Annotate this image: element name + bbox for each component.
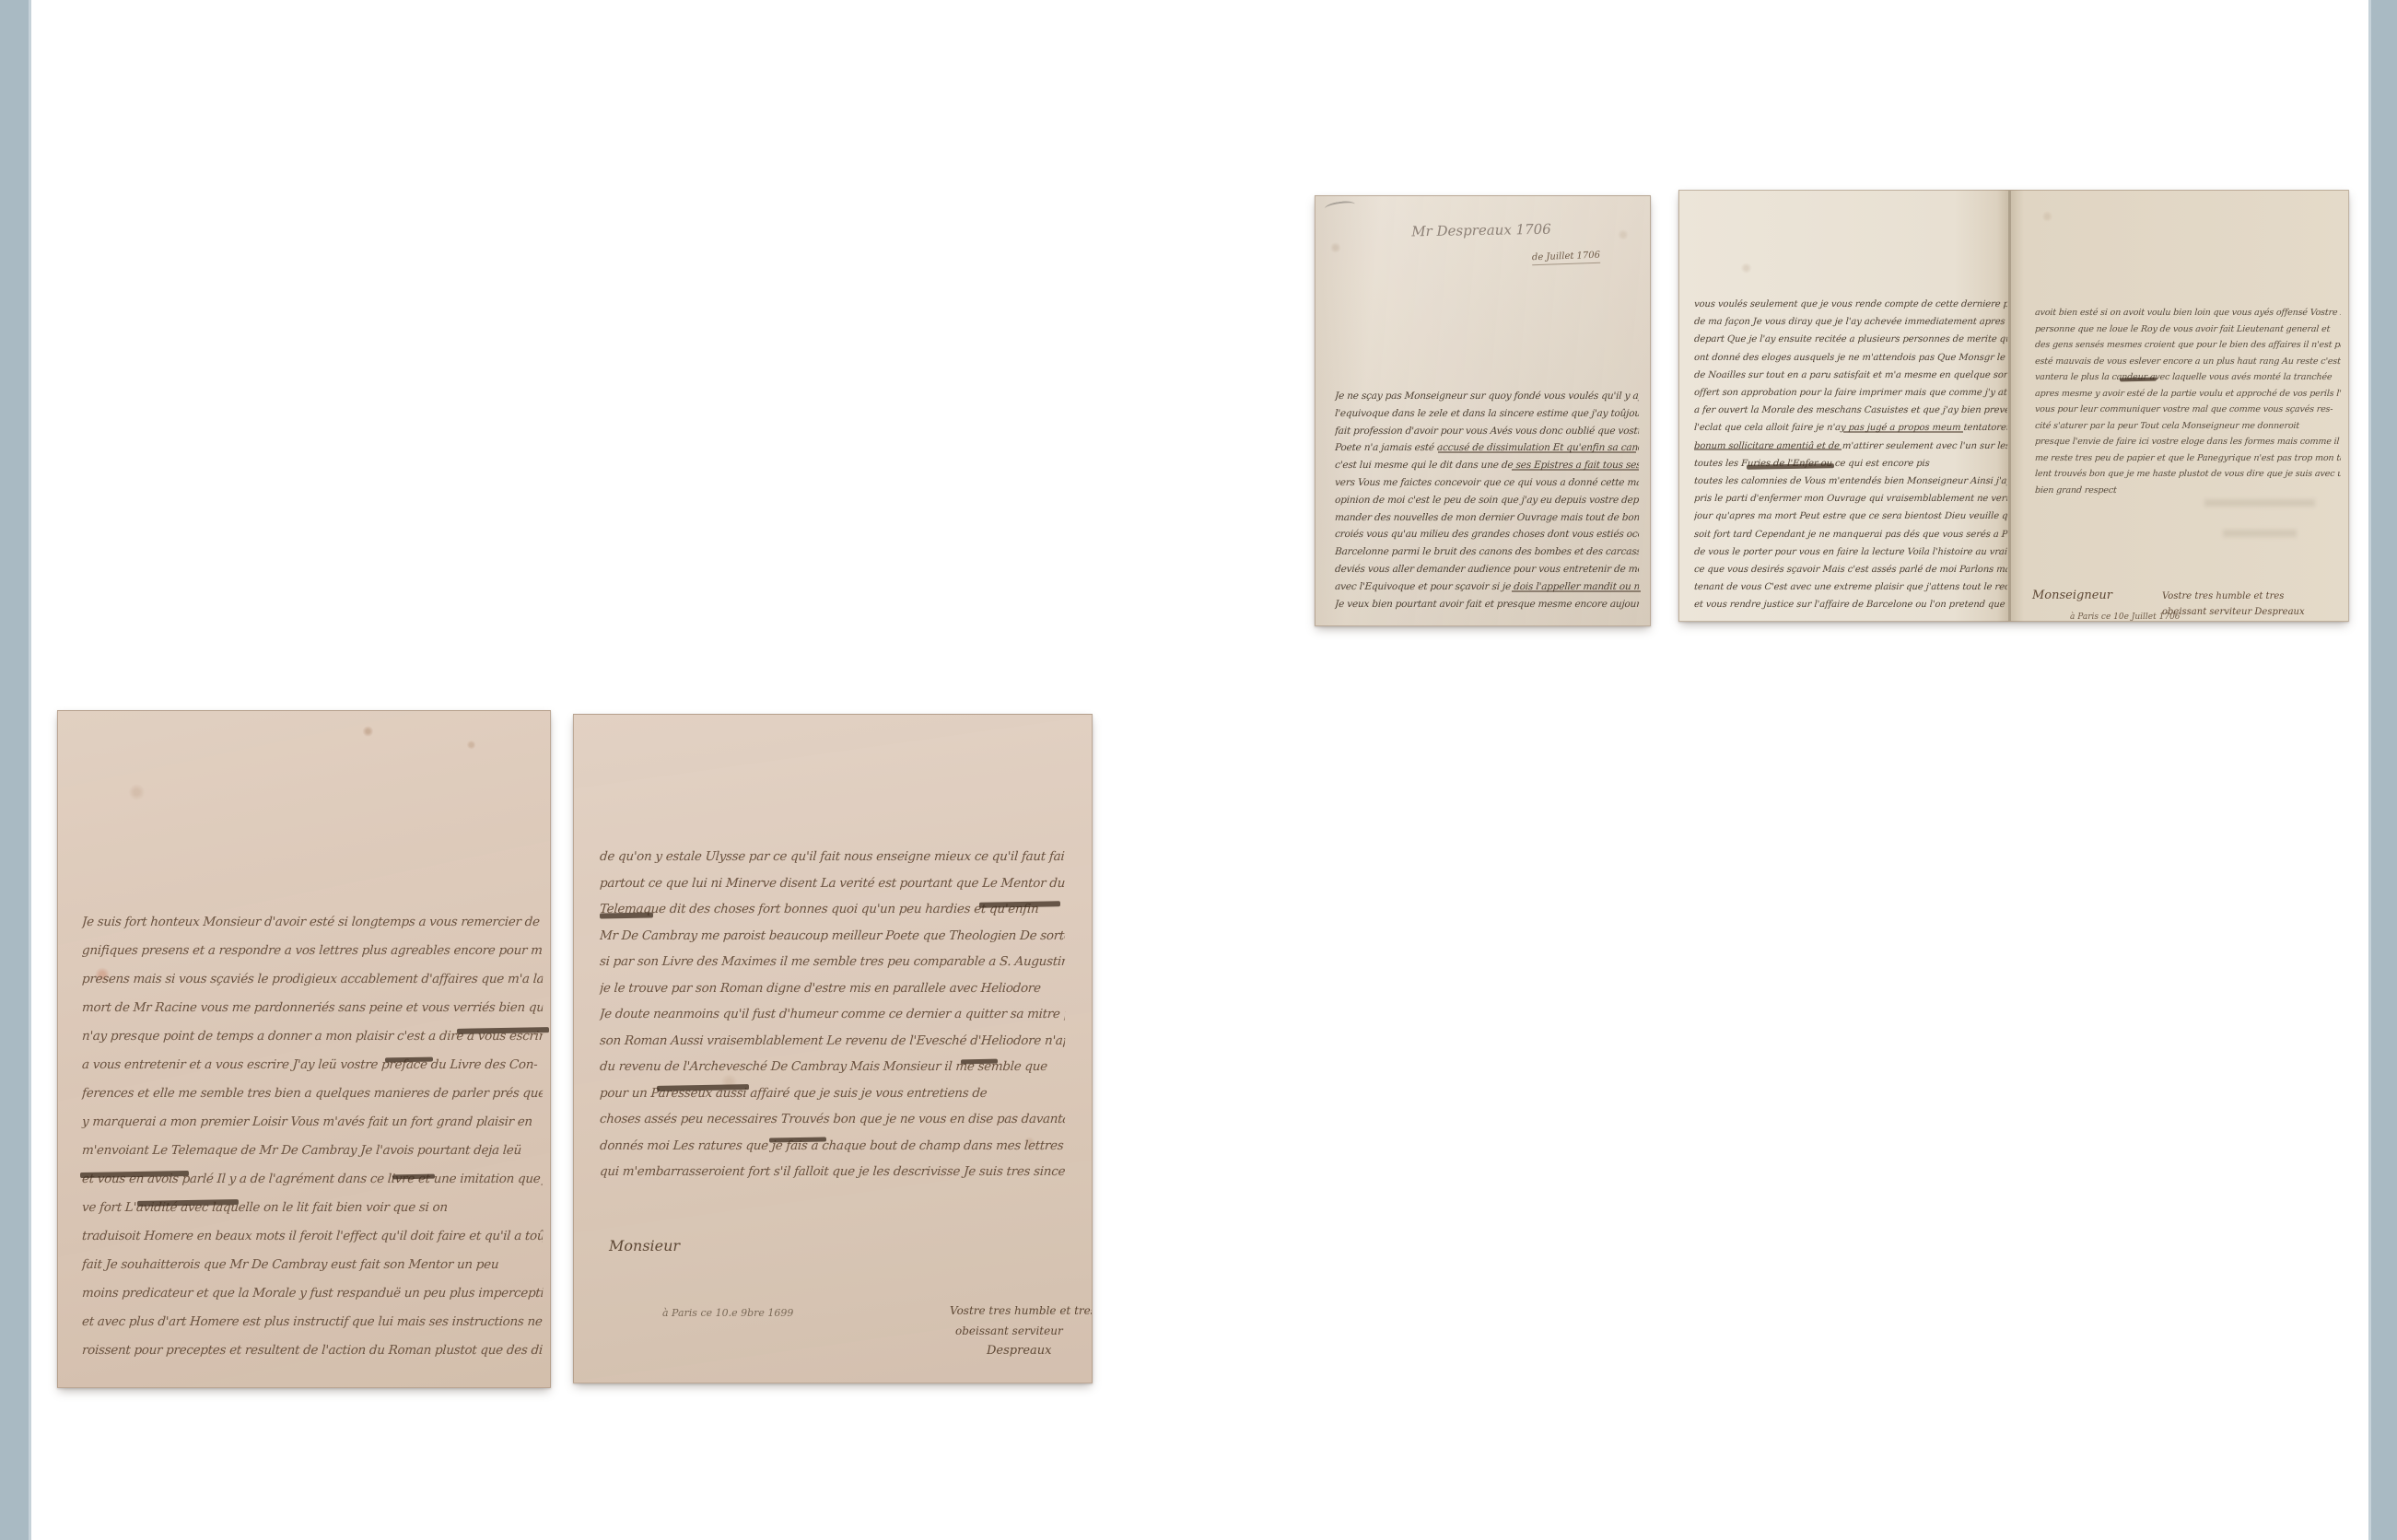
handwritten-line: jour qu'apres ma mort Peut estre que ce … (1693, 507, 2007, 525)
handwritten-line: mort de Mr Racine vous me pardonneriés s… (81, 994, 544, 1022)
signature: Despreaux (950, 1341, 1093, 1361)
handwritten-line: a fer ouvert la Morale des meschans Casu… (1693, 402, 2007, 419)
handwritten-line: gnifiques presens et a respondre a vos l… (81, 937, 544, 965)
handwritten-line: de Noailles sur tout en a paru satisfait… (1693, 367, 2007, 384)
ink-ghost (2223, 530, 2297, 537)
underline-mark (1438, 451, 1636, 453)
dateline: de Juillet 1706 (1532, 251, 1601, 266)
handwritten-line: de qu'on y estale Ulysse par ce qu'il fa… (599, 844, 1066, 870)
archival-note: Mr Despreaux 1706 (1366, 220, 1596, 240)
handwritten-line: et vous en avois parlé Il y a de l'agrém… (81, 1165, 544, 1194)
valediction-block: Vostre tres humble et tres obeissant ser… (950, 1301, 1093, 1361)
handwritten-line: c'est lui mesme qui le dit dans une de s… (1334, 457, 1639, 474)
valediction-line: obeissant serviteur (950, 1321, 1093, 1341)
letter-1706-page-1: Mr Despreaux 1706 de Juillet 1706 Je ne … (1315, 195, 1651, 626)
handwriting-block: avoit bien esté si on avoit voulu bien l… (2035, 305, 2341, 498)
handwritten-line: l'equivoque dans le zele et dans la sinc… (1334, 405, 1639, 423)
handwriting-block: Je suis fort honteux Monsieur d'avoir es… (82, 908, 543, 1365)
handwritten-line: a vous entretenir et a vous escrire J'ay… (81, 1051, 544, 1079)
handwritten-line: bonum sollicitare amentiâ et de m'attire… (1693, 437, 2007, 455)
handwriting-block: Je ne sçay pas Monseigneur sur quoy fond… (1335, 388, 1639, 612)
handwritten-line: Je ne sçay pas Monseigneur sur quoy fond… (1334, 388, 1639, 405)
handwritten-line: toutes les calomnies de Vous m'entendés … (1693, 472, 2007, 490)
handwriting-block: vous voulés seulement que je vous rende … (1694, 296, 2007, 614)
handwritten-line: avoit bien esté si on avoit voulu bien l… (2034, 305, 2341, 321)
valediction-block: Vostre tres humble et tres obeissant ser… (2162, 589, 2305, 620)
handwritten-line: de ma façon Je vous diray que je l'ay ac… (1693, 313, 2007, 331)
handwritten-line: ve fort L'avidité avec laquelle on le li… (81, 1194, 544, 1222)
letter-1699-page-1: Je suis fort honteux Monsieur d'avoir es… (57, 710, 551, 1388)
handwritten-line: depart Que je l'ay ensuite recitée a plu… (1693, 331, 2007, 348)
underline-mark (1843, 431, 1963, 433)
handwritten-line: presens mais si vous sçaviés le prodigie… (81, 965, 544, 994)
strikethrough-mark (2120, 378, 2157, 382)
strikethrough-mark (961, 1059, 998, 1065)
handwritten-line: roissent pour preceptes et resultent de … (81, 1336, 544, 1365)
handwritten-line: des gens sensés mesmes croient que pour … (2034, 337, 2341, 354)
catalog-photo: Je suis fort honteux Monsieur d'avoir es… (0, 0, 2397, 1540)
handwritten-line: croiés vous qu'au milieu des grandes cho… (1334, 526, 1639, 543)
handwritten-line: avec l'Equivoque et pour sçavoir si je d… (1334, 578, 1639, 596)
handwritten-line: y marquerai a mon premier Loisir Vous m'… (81, 1108, 544, 1137)
left-margin-bar (0, 0, 31, 1540)
valediction-line: Vostre tres humble et tres (2162, 589, 2305, 604)
handwritten-line: esté mauvais de vous eslever encore a un… (2034, 354, 2341, 370)
handwritten-line: je le trouve par son Roman digne d'estre… (599, 975, 1066, 1002)
strikethrough-mark (600, 912, 653, 918)
handwritten-line: donnés moi Les ratures que je fais a cha… (599, 1133, 1066, 1160)
handwritten-line: bien grand respect (2034, 483, 2341, 499)
letter-1706-bifolium: vous voulés seulement que je vous rende … (1678, 190, 2349, 622)
handwritten-line: pour un Paresseux aussi affairé que je s… (599, 1080, 1066, 1107)
underline-mark (1512, 469, 1639, 471)
strikethrough-mark (392, 1174, 435, 1180)
handwritten-line: soit fort tard Cependant je ne manquerai… (1693, 526, 2007, 543)
ink-ghost (2204, 499, 2315, 507)
pencil-annotation (1324, 200, 1355, 213)
handwritten-line: pris le parti d'enfermer mon Ouvrage qui… (1693, 490, 2007, 507)
handwritten-line: fait profession d'avoir pour vous Avés v… (1334, 423, 1639, 440)
handwritten-line: de vous le porter pour vous en faire la … (1693, 543, 2007, 561)
right-margin-bar (2368, 0, 2397, 1540)
handwritten-line: m'envoiant Le Telemaque de Mr De Cambray… (81, 1137, 544, 1165)
handwritten-line: son Roman Aussi vraisemblablement Le rev… (599, 1028, 1066, 1055)
handwritten-line: lent trouvés bon que je me haste plustot… (2034, 466, 2341, 483)
handwritten-line: Je suis fort honteux Monsieur d'avoir es… (81, 908, 544, 937)
handwritten-line: deviés vous aller demander audience pour… (1334, 561, 1639, 578)
handwritten-line: choses assés peu necessaires Trouvés bon… (599, 1106, 1066, 1133)
dateline: à Paris ce 10.e 9bre 1699 (662, 1307, 793, 1319)
handwritten-line: et vous rendre justice sur l'affaire de … (1693, 596, 2007, 613)
handwritten-line: offert son approbation pour la faire imp… (1693, 384, 2007, 402)
handwriting-block: de qu'on y estale Ulysse par ce qu'il fa… (600, 844, 1065, 1185)
handwritten-line: partout ce que lui ni Minerve disent La … (599, 870, 1066, 897)
handwritten-line: mander des nouvelles de mon dernier Ouvr… (1334, 509, 1639, 527)
handwritten-line: n'ay presque point de temps a donner a m… (81, 1022, 544, 1051)
handwritten-line: et avec plus d'art Homere est plus instr… (81, 1308, 544, 1336)
handwritten-line: personne que ne loue le Roy de vous avoi… (2034, 321, 2341, 338)
handwritten-line: vantera le plus la candeur avec laquelle… (2034, 369, 2341, 386)
handwritten-line: cité s'aturer par la peur Tout cela Mons… (2034, 418, 2341, 435)
handwritten-line: Je doute neanmoins qu'il fust d'humeur c… (599, 1001, 1066, 1028)
salutation: Monsieur (609, 1237, 680, 1254)
handwritten-line: apres mesme y avoir esté de la partie vo… (2034, 386, 2341, 402)
handwritten-line: si par son Livre des Maximes il me sembl… (599, 949, 1066, 975)
handwritten-line: qui m'embarrasseroient fort s'il falloit… (599, 1159, 1066, 1185)
handwritten-line: ont donné des eloges ausquels je ne m'at… (1693, 349, 2007, 367)
handwritten-line: Telemaque dit des choses fort bonnes quo… (599, 896, 1066, 923)
underline-mark (1694, 449, 1842, 450)
handwritten-line: fait Je souhaitterois que Mr De Cambray … (81, 1251, 544, 1279)
handwritten-line: vers Vous me faictes concevoir que ce qu… (1334, 474, 1639, 492)
handwritten-line: traduisoit Homere en beaux mots il feroi… (81, 1222, 544, 1251)
handwritten-line: Mr De Cambray me paroist beaucoup meille… (599, 923, 1066, 950)
handwritten-line: me reste tres peu de papier et que le Pa… (2034, 450, 2341, 467)
handwritten-line: Poete n'a jamais esté accusé de dissimul… (1334, 439, 1639, 457)
handwritten-line: du revenu de l'Archevesché De Cambray Ma… (599, 1054, 1066, 1080)
handwritten-line: toutes les Furies de l'Enfer ou ce qui e… (1693, 455, 2007, 472)
handwritten-line: presque l'envie de faire ici vostre elog… (2034, 434, 2341, 450)
handwritten-line: ce que vous desirés sçavoir Mais c'est a… (1693, 561, 2007, 578)
handwritten-line: l'eclat que cela alloit faire je n'ay pa… (1693, 419, 2007, 437)
handwritten-line: ferences et elle me semble tres bien a q… (81, 1079, 544, 1108)
handwritten-line: vous pour leur communiquer vostre mal qu… (2034, 402, 2341, 418)
valediction-line: Vostre tres humble et tres (950, 1301, 1093, 1321)
handwritten-line: tenant de vous C'est avec une extreme pl… (1693, 578, 2007, 596)
handwritten-line: moins predicateur et que la Morale y fus… (81, 1279, 544, 1308)
handwritten-line: opinion de moi c'est le peu de soin que … (1334, 492, 1639, 509)
salutation: Monseigneur (2032, 589, 2112, 602)
fold-crease (2008, 191, 2011, 621)
strikethrough-mark (385, 1057, 433, 1063)
valediction-line: obeissant serviteur Despreaux (2162, 604, 2305, 620)
handwritten-line: vous voulés seulement que je vous rende … (1693, 296, 2007, 313)
handwritten-line: Je veux bien pourtant avoir fait et pres… (1334, 596, 1639, 613)
underline-mark (1512, 590, 1641, 592)
letter-1699-page-2: de qu'on y estale Ulysse par ce qu'il fa… (573, 714, 1093, 1383)
handwritten-line: Barcelonne parmi le bruit des canons des… (1334, 543, 1639, 561)
